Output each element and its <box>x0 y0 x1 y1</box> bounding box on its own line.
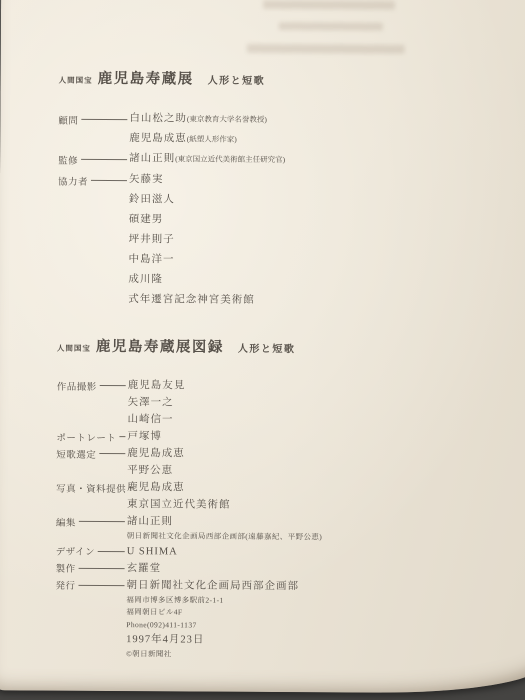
credit-value: 中島洋一 <box>128 250 447 272</box>
credits-list: 顧問白山松之助(東京教育大学名誉教授)鹿児島成恵(紙塑人形作家)監修諸山正則(東… <box>57 109 448 312</box>
credit-values: 鹿児島成恵東京国立近代美術館 <box>127 479 446 515</box>
credit-values: 矢藤実鈴田滋人碩建男坪井則子中島洋一成川隆式年遷宮記念神宮美術館 <box>128 170 448 312</box>
credit-value: 式年遷宮記念神宮美術館 <box>128 290 447 312</box>
leader-line <box>79 567 125 568</box>
exhibition-title-line: 人間国宝 鹿児島寿蔵展 人形と短歌 <box>59 67 449 90</box>
credit-row: 編集諸山正則朝日新聞社文化企画局西部企画部(遠藤嘉紀、平野公恵) <box>56 513 446 545</box>
credit-value: 諸山正則(東京国立近代美術館主任研究官) <box>129 149 448 171</box>
credit-value: 玄羅堂 <box>127 560 446 579</box>
credit-values: 鹿児島成恵平野公恵 <box>127 445 446 481</box>
credit-label: 発行 <box>55 578 75 592</box>
paper-page: 人間国宝 鹿児島寿蔵展 人形と短歌 顧問白山松之助(東京教育大学名誉教授)鹿児島… <box>0 0 525 694</box>
credit-value: 諸山正則 <box>127 513 446 532</box>
credit-label: 製作 <box>56 561 76 575</box>
leader-line <box>81 119 127 120</box>
credit-label-cell: 編集 <box>56 513 127 530</box>
credit-label-cell: 協力者 <box>58 170 129 191</box>
credit-row: 写真・資料提供鹿児島成恵東京国立近代美術館 <box>56 479 446 515</box>
credit-label-cell: 作品撮影 <box>57 377 128 394</box>
leader-line <box>81 159 127 160</box>
credit-row: 協力者矢藤実鈴田滋人碩建男坪井則子中島洋一成川隆式年遷宮記念神宮美術館 <box>57 170 448 312</box>
leader-line <box>119 436 125 437</box>
exhibition-credits-section: 人間国宝 鹿児島寿蔵展 人形と短歌 顧問白山松之助(東京教育大学名誉教授)鹿児島… <box>57 67 448 312</box>
credit-value: 碩建男 <box>129 210 448 232</box>
credit-value: 白山松之助(東京教育大学名誉教授) <box>129 109 448 131</box>
credit-label-cell: デザイン <box>56 542 127 559</box>
credit-row: 発行朝日新聞社文化企画局西部企画部福岡市博多区博多駅前2-1-1福岡朝日ビル4F… <box>55 576 446 662</box>
leader-line <box>99 453 125 454</box>
exhibition-title: 鹿児島寿蔵展 <box>98 67 194 89</box>
reverse-side-show-through <box>279 22 383 31</box>
credit-label-cell: 発行 <box>55 576 126 593</box>
credit-value: 矢藤実 <box>129 170 448 192</box>
credit-row: 短歌選定鹿児島成恵平野公恵 <box>56 445 446 481</box>
credit-value: U SHIMA <box>127 543 446 562</box>
credit-values: 戸塚博 <box>127 428 446 447</box>
credit-label-cell: 顧問 <box>58 109 129 130</box>
photo-of-colophon-page: { "colors":{ "background":"#53524e", "pa… <box>0 0 525 700</box>
credit-value: 東京国立近代美術館 <box>127 496 446 515</box>
credit-label-cell: 写真・資料提供 <box>56 479 127 496</box>
credit-label: 写真・資料提供 <box>56 480 126 494</box>
credit-value: 鈴田滋人 <box>129 190 448 212</box>
credit-label: デザイン <box>56 544 95 558</box>
credit-value: 鹿児島成恵(紙塑人形作家) <box>129 129 448 151</box>
credit-label: 顧問 <box>58 112 78 126</box>
credit-value: 平野公恵 <box>127 462 446 481</box>
leader-line <box>100 385 126 386</box>
credit-value: 成川隆 <box>128 270 447 292</box>
catalog-title-line: 人間国宝 鹿児島寿蔵展図録 人形と短歌 <box>57 335 447 358</box>
credit-values: 朝日新聞社文化企画局西部企画部福岡市博多区博多駅前2-1-1福岡朝日ビル4FPh… <box>126 577 446 663</box>
credit-values: 玄羅堂 <box>127 560 446 579</box>
credit-label: 監修 <box>58 152 78 166</box>
credits-list: 作品撮影鹿児島友見矢澤一之山崎信一ポートレート戸塚博短歌選定鹿児島成恵平野公恵写… <box>55 377 447 663</box>
leader-line <box>91 180 127 181</box>
catalog-title: 鹿児島寿蔵展図録 <box>96 335 224 357</box>
reverse-side-show-through <box>263 0 395 10</box>
credit-label-cell: 監修 <box>58 149 129 170</box>
credit-row: 顧問白山松之助(東京教育大学名誉教授)鹿児島成恵(紙塑人形作家) <box>58 109 448 151</box>
living-national-treasure-badge: 人間国宝 <box>57 343 91 354</box>
living-national-treasure-badge: 人間国宝 <box>59 75 93 86</box>
credit-note: (東京教育大学名誉教授) <box>187 114 267 123</box>
leader-line <box>79 584 125 585</box>
credit-row: 監修諸山正則(東京国立近代美術館主任研究官) <box>58 149 448 172</box>
credit-values: 諸山正則(東京国立近代美術館主任研究官) <box>129 149 448 171</box>
credit-values: 鹿児島友見矢澤一之山崎信一 <box>127 377 446 430</box>
credit-label-cell: 短歌選定 <box>56 445 127 462</box>
reverse-side-show-through <box>247 44 405 54</box>
colophon-content: 人間国宝 鹿児島寿蔵展 人形と短歌 顧問白山松之助(東京教育大学名誉教授)鹿児島… <box>55 67 449 663</box>
exhibition-subtitle: 人形と短歌 <box>208 72 266 87</box>
credit-label-cell: ポートレート <box>56 428 127 445</box>
credit-note: (東京国立近代美術館主任研究官) <box>175 154 285 164</box>
credit-value: 福岡朝日ビル4F <box>126 606 445 620</box>
credit-value: 坪井則子 <box>129 230 448 252</box>
credit-value: 鹿児島成恵 <box>127 445 446 464</box>
credit-label: 作品撮影 <box>57 378 97 392</box>
credit-value: 鹿児島友見 <box>128 377 447 396</box>
leader-line <box>98 550 125 551</box>
catalog-subtitle: 人形と短歌 <box>238 340 296 355</box>
credit-value: 山崎信一 <box>127 411 446 430</box>
credit-note: (紙塑人形作家) <box>187 134 237 143</box>
credit-values: 白山松之助(東京教育大学名誉教授)鹿児島成恵(紙塑人形作家) <box>129 109 448 151</box>
credit-value: 戸塚博 <box>127 428 446 447</box>
credit-label: 短歌選定 <box>56 446 96 460</box>
credit-label: 編集 <box>56 514 76 528</box>
credit-row: 作品撮影鹿児島友見矢澤一之山崎信一 <box>56 377 446 430</box>
leader-line <box>79 521 125 522</box>
credit-value: 矢澤一之 <box>128 394 447 413</box>
credit-value: 朝日新聞社文化企画局西部企画部 <box>126 577 445 596</box>
credit-label: 協力者 <box>58 173 88 187</box>
credit-label: ポートレート <box>56 429 116 443</box>
catalog-credits-section: 人間国宝 鹿児島寿蔵展図録 人形と短歌 作品撮影鹿児島友見矢澤一之山崎信一ポート… <box>55 335 447 663</box>
credit-label-cell: 製作 <box>56 559 127 576</box>
credit-value: 鹿児島成恵 <box>127 479 446 498</box>
credit-values: U SHIMA <box>127 543 446 562</box>
credit-value: 1997年4月23日 <box>126 631 445 650</box>
credit-values: 諸山正則朝日新聞社文化企画局西部企画部(遠藤嘉紀、平野公恵) <box>127 513 446 544</box>
credit-value: ©朝日新聞社 <box>126 648 445 662</box>
